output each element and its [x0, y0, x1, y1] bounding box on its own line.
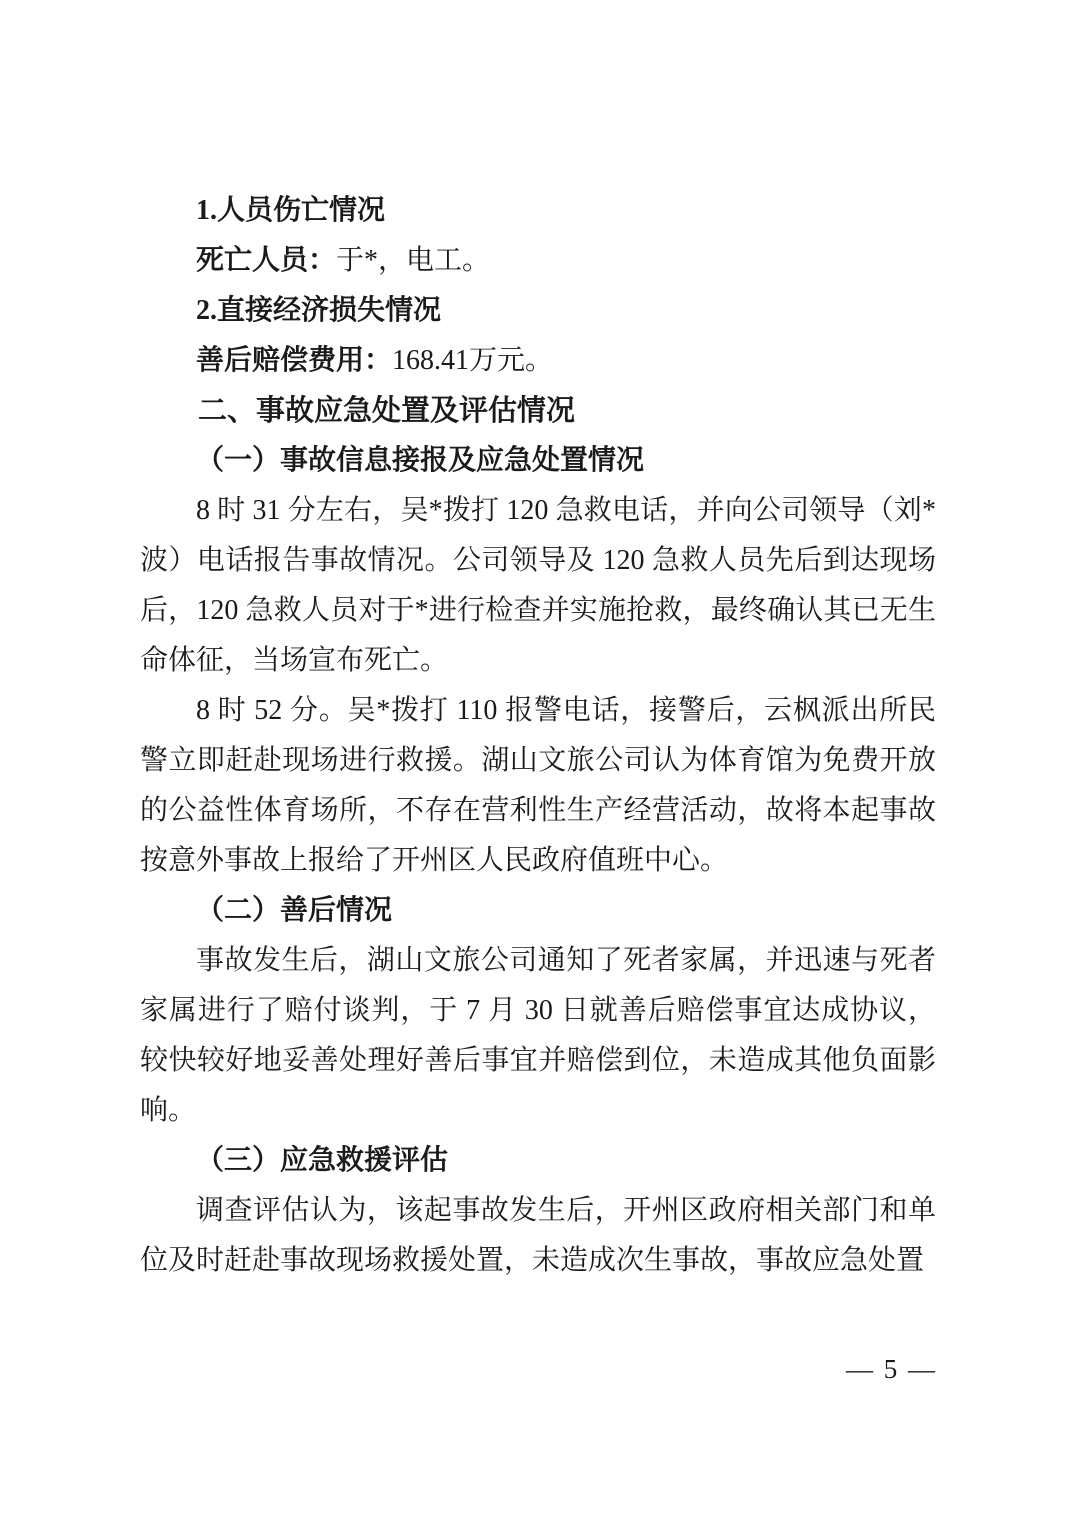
paragraph-emergency-response-1: 8 时 31 分左右，吴*拨打 120 急救电话，并向公司领导（刘*波）电话报告… — [140, 486, 936, 686]
section2-1-heading: （一）事故信息接报及应急处置情况 — [140, 436, 936, 486]
compensation-value: 168.41万元。 — [392, 345, 553, 376]
death-person-label: 死亡人员： — [196, 245, 336, 276]
section2-2-heading: （二）善后情况 — [140, 886, 936, 936]
paragraph-emergency-response-2: 8 时 52 分。吴*拨打 110 报警电话，接警后，云枫派出所民警立即赶赴现场… — [140, 686, 936, 886]
paragraph-aftermath: 事故发生后，湖山文旅公司通知了死者家属，并迅速与死者家属进行了赔付谈判，于 7 … — [140, 936, 936, 1136]
casualty-heading: 1.人员伤亡情况 — [140, 186, 936, 236]
paragraph-rescue-evaluation: 调查评估认为，该起事故发生后，开州区政府相关部门和单位及时赶赴事故现场救援处置，… — [140, 1186, 936, 1286]
section2-heading: 二、事故应急处置及评估情况 — [140, 386, 936, 436]
document-page: 1.人员伤亡情况 死亡人员：于*，电工。 2.直接经济损失情况 善后赔偿费用：1… — [0, 0, 1074, 1520]
compensation-label: 善后赔偿费用： — [196, 345, 392, 376]
death-person-value: 于*，电工。 — [336, 245, 490, 276]
death-person-line: 死亡人员：于*，电工。 — [140, 236, 936, 286]
economic-loss-heading: 2.直接经济损失情况 — [140, 286, 936, 336]
document-body: 1.人员伤亡情况 死亡人员：于*，电工。 2.直接经济损失情况 善后赔偿费用：1… — [140, 186, 936, 1286]
compensation-line: 善后赔偿费用：168.41万元。 — [140, 336, 936, 386]
page-number: — 5 — — [846, 1352, 937, 1386]
section2-3-heading: （三）应急救援评估 — [140, 1136, 936, 1186]
